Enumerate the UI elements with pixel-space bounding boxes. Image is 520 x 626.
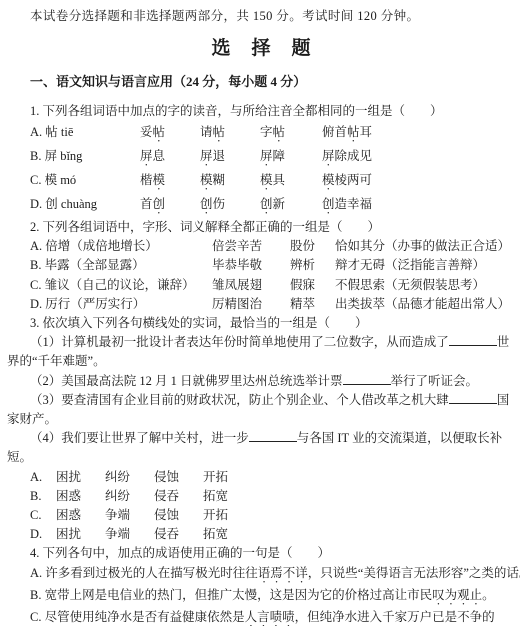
q2-option-a: A. 倍增（成倍地增长） 倍尝辛苦 股份 恰如其分（办事的做法正合适） — [30, 237, 515, 256]
word: 请帖 — [200, 121, 260, 145]
word: 侵吞 — [154, 487, 203, 506]
option-head: D. 厉行（严厉实行） — [30, 295, 212, 314]
word: 侵吞 — [154, 525, 203, 544]
word: 开拓 — [203, 506, 252, 525]
item-text: （3）要查清国有企业目前的财政状况，防止个别企业、个人借改革之机大肆 — [30, 393, 449, 407]
word-segment: 妥 — [140, 125, 153, 139]
option-head: C. 雏议（自己的议论，谦辞） — [30, 276, 212, 295]
fill-in-blank — [343, 372, 391, 385]
word: 模棱两可 — [322, 169, 372, 193]
word: 创造幸福 — [322, 193, 372, 217]
word: 辨析 — [290, 256, 335, 275]
word: 楷模 — [140, 169, 200, 193]
word: 模糊 — [200, 169, 260, 193]
word: 拓宽 — [203, 487, 252, 506]
word-segment: 糊 — [213, 173, 226, 187]
item-text: 举行了听证会。 — [391, 374, 479, 388]
dotted-idiom: 语焉不详 — [258, 566, 308, 580]
word-segment: 息 — [153, 149, 166, 163]
q3-stem: 3. 依次填入下列各句横线处的实词，最恰当的一组是（ ） — [30, 314, 515, 333]
q4-option-c: C. 尽管使用纯净水是否有益健康依然是人言啧啧，但纯净水进入千家万户已是不争的 — [30, 608, 515, 626]
word-segment: 障 — [273, 149, 286, 163]
q2-option-d: D. 厉行（严厉实行） 厉精图治 精萃 出类拔萃（品德才能超出常人） — [30, 295, 515, 314]
word-segment: 楷 — [140, 173, 153, 187]
word: 创新 — [260, 193, 322, 217]
word: 模具 — [260, 169, 322, 193]
fill-in-blank — [249, 429, 297, 442]
word-segment-dotted: 模 — [200, 173, 213, 187]
q3-choice-a: A. 困扰 纠纷 侵蚀 开拓 — [30, 468, 515, 487]
word: 纠纷 — [105, 468, 154, 487]
q2-stem: 2. 下列各组词语中，字形、词义解释全都正确的一组是（ ） — [30, 218, 515, 237]
word-segment-dotted: 帖 — [153, 125, 166, 139]
q3-choice-d: D. 困扰 争端 侵吞 拓宽 — [30, 525, 515, 544]
word: 困惑 — [56, 487, 105, 506]
sentence-segment: 。 — [482, 588, 495, 602]
word: 侵蚀 — [154, 506, 203, 525]
option-label: B. — [30, 487, 56, 506]
word-segment-dotted: 模 — [260, 173, 273, 187]
q2-option-b: B. 毕露（全部显露） 毕恭毕敬 辨析 辩才无碍（泛指能言善辩） — [30, 256, 515, 275]
word-segment-dotted: 屏 — [140, 149, 153, 163]
sentence-segment: C. 尽管使用纯净水是否有益健康依然是 — [30, 610, 245, 624]
q3-item-3: （3）要查清国有企业目前的财政状况，防止个别企业、个人借改革之机大肆国家财产。 — [7, 391, 515, 429]
word: 创伤 — [200, 193, 260, 217]
q1-stem: 1. 下列各组词语中加点的字的读音，与所给注音全都相同的一组是（ ） — [30, 101, 515, 121]
word: 开拓 — [203, 468, 252, 487]
word-segment-dotted: 帖 — [213, 125, 226, 139]
option-label: D. — [30, 525, 56, 544]
fill-in-blank — [449, 333, 497, 346]
q1-option-d: D. 创 chuàng 首创 创伤 创新 创造幸福 — [30, 193, 515, 217]
dotted-idiom: 人言啧啧 — [245, 610, 295, 624]
sentence-segment: ，只说些“美得语言无法形容”之类的话。 — [308, 566, 520, 580]
word: 妥帖 — [140, 121, 200, 145]
page-title: 选择题 — [7, 36, 515, 62]
q3-item-1: （1）计算机最初一批设计者表达年份时简单地使用了二位数字，从而造成了世界的“千年… — [7, 333, 515, 371]
word: 辩才无碍（泛指能言善辩） — [335, 256, 485, 275]
word-segment: 新 — [273, 197, 286, 211]
word-segment-dotted: 创 — [200, 197, 213, 211]
sentence-segment: ，但纯净水进入千家万户已是不争的 — [295, 610, 495, 624]
option-head: B. 毕露（全部显露） — [30, 256, 212, 275]
word: 倍尝辛苦 — [212, 237, 290, 256]
q3-item-4: （4）我们要让世界了解中关村，进一步与各国 IT 业的交流渠道，以便取长补短。 — [7, 429, 515, 467]
word-segment: 具 — [273, 173, 286, 187]
q2-option-c: C. 雏议（自己的议论，谦辞） 雏凤展翅 假寐 不假思索（无须假装思考） — [30, 276, 515, 295]
sentence-segment: B. 宽带上网是电信业的热门，但推广太慢，这是因为它的价格过高让市民 — [30, 588, 432, 602]
word-segment: 耳 — [360, 125, 373, 139]
word: 屏障 — [260, 145, 322, 169]
q1-option-b: B. 屏 bǐng 屏息 屏退 屏障 屏除成见 — [30, 145, 515, 169]
word-segment: 俯首 — [322, 125, 347, 139]
word: 厉精图治 — [212, 295, 290, 314]
item-text: （2）美国最高法院 12 月 1 日就佛罗里达州总统选举计票 — [30, 374, 343, 388]
word: 毕恭毕敬 — [212, 256, 290, 275]
word: 恰如其分（办事的做法正合适） — [335, 237, 510, 256]
word: 争端 — [105, 506, 154, 525]
word: 首创 — [140, 193, 200, 217]
fill-in-blank — [449, 391, 497, 404]
q3-choice-c: C. 困惑 争端 侵蚀 开拓 — [30, 506, 515, 525]
word-segment-dotted: 屏 — [260, 149, 273, 163]
word-segment-dotted: 模 — [153, 173, 166, 187]
word-segment-dotted: 帖 — [347, 125, 360, 139]
item-text: （1）计算机最初一批设计者表达年份时简单地使用了二位数字，从而造成了 — [30, 335, 449, 349]
word: 俯首帖耳 — [322, 121, 372, 145]
option-label: B. 屏 bǐng — [30, 145, 140, 169]
word: 屏除成见 — [322, 145, 372, 169]
q1-option-c: C. 模 mó 楷模 模糊 模具 模棱两可 — [30, 169, 515, 193]
word: 雏凤展翅 — [212, 276, 290, 295]
word-segment: 退 — [213, 149, 226, 163]
word: 争端 — [105, 525, 154, 544]
q4-stem: 4. 下列各句中，加点的成语使用正确的一句是（ ） — [30, 544, 515, 563]
word: 困扰 — [56, 468, 105, 487]
word: 股份 — [290, 237, 335, 256]
dotted-idiom: 叹为观止 — [432, 588, 482, 602]
option-label: A. — [30, 468, 56, 487]
word: 字帖 — [260, 121, 322, 145]
word-segment-dotted: 创 — [260, 197, 273, 211]
word: 精萃 — [290, 295, 335, 314]
word: 拓宽 — [203, 525, 252, 544]
word-segment-dotted: 模 — [322, 173, 335, 187]
option-head: A. 倍增（成倍地增长） — [30, 237, 212, 256]
word: 屏退 — [200, 145, 260, 169]
word: 假寐 — [290, 276, 335, 295]
word: 困扰 — [56, 525, 105, 544]
word-segment: 伤 — [213, 197, 226, 211]
word-segment: 请 — [200, 125, 213, 139]
word-segment: 造幸福 — [335, 197, 373, 211]
q1-option-a: A. 帖 tiē 妥帖 请帖 字帖 俯首帖耳 — [30, 121, 515, 145]
word-segment: 字 — [260, 125, 273, 139]
word-segment: 棱两可 — [335, 173, 373, 187]
word: 屏息 — [140, 145, 200, 169]
option-label: C. — [30, 506, 56, 525]
option-label: A. 帖 tiē — [30, 121, 140, 145]
word-segment-dotted: 帖 — [273, 125, 286, 139]
q4-option-a: A. 许多看到过极光的人在描写极光时往往语焉不详，只说些“美得语言无法形容”之类… — [30, 564, 515, 586]
option-label: D. 创 chuàng — [30, 193, 140, 217]
word-segment-dotted: 屏 — [322, 149, 335, 163]
exam-note: 本试卷分选择题和非选择题两部分，共 150 分。考试时间 120 分钟。 — [30, 6, 515, 26]
q3-choice-b: B. 困惑 纠纷 侵吞 拓宽 — [30, 487, 515, 506]
word-segment-dotted: 创 — [153, 197, 166, 211]
word-segment: 除成见 — [335, 149, 373, 163]
item-text: （4）我们要让世界了解中关村，进一步 — [30, 431, 249, 445]
word: 困惑 — [56, 506, 105, 525]
option-label: C. 模 mó — [30, 169, 140, 193]
q4-option-b: B. 宽带上网是电信业的热门，但推广太慢，这是因为它的价格过高让市民叹为观止。 — [30, 586, 515, 608]
word: 出类拔萃（品德才能超出常人） — [335, 295, 510, 314]
exam-page: 本试卷分选择题和非选择题两部分，共 150 分。考试时间 120 分钟。 选择题… — [0, 0, 520, 626]
word: 侵蚀 — [154, 468, 203, 487]
word-segment-dotted: 屏 — [200, 149, 213, 163]
word-segment: 首 — [140, 197, 153, 211]
section-heading: 一、语文知识与语言应用（24 分，每小题 4 分） — [30, 72, 515, 92]
word-segment-dotted: 创 — [322, 197, 335, 211]
word: 不假思索（无须假装思考） — [335, 276, 485, 295]
word: 纠纷 — [105, 487, 154, 506]
q3-item-2: （2）美国最高法院 12 月 1 日就佛罗里达州总统选举计票举行了听证会。 — [7, 372, 515, 391]
sentence-segment: A. 许多看到过极光的人在描写极光时往往 — [30, 566, 258, 580]
